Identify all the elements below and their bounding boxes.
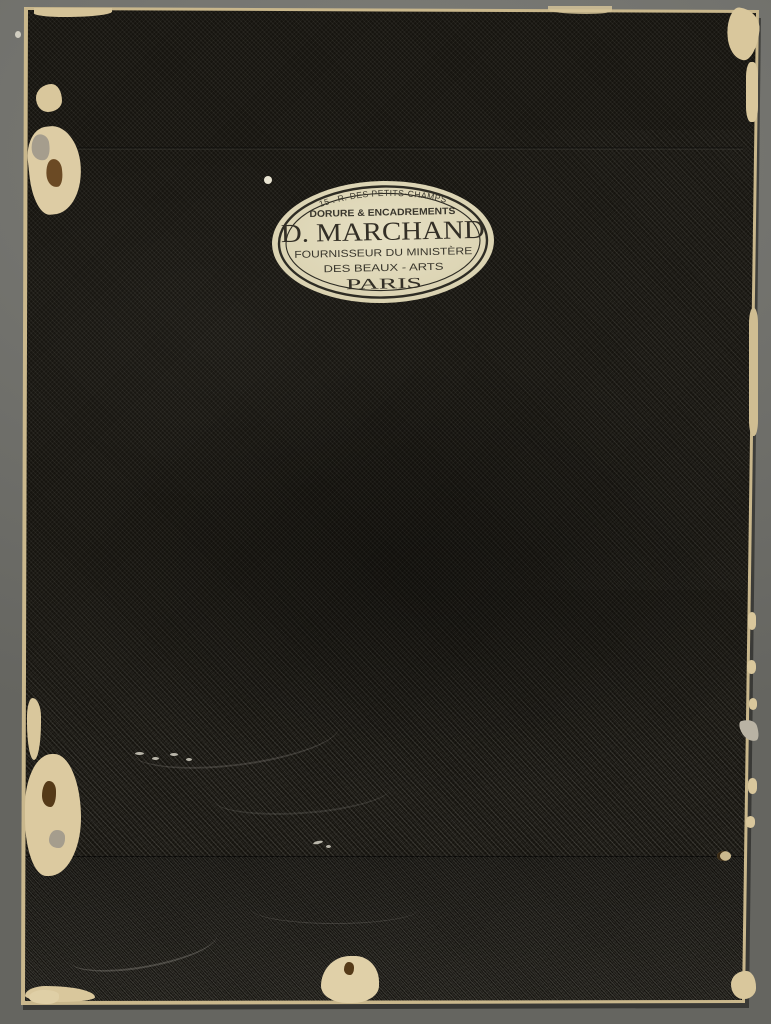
bottom-crease-band — [0, 856, 771, 1003]
edge-wear-bottom-left — [29, 990, 59, 1004]
cloth-wrinkle — [250, 893, 420, 924]
scuff-speck — [135, 752, 144, 755]
edge-wear-bottom-right — [731, 971, 756, 999]
edge-chip-right — [749, 698, 757, 710]
top-crease-line — [55, 147, 743, 150]
wear-fleck — [42, 781, 56, 807]
edge-chip-right — [748, 612, 756, 630]
photograph: 15 . R. DES PETITS·CHAMPS DORURE & ENCAD… — [0, 0, 771, 1024]
edge-chip-right — [747, 660, 756, 674]
edge-chip-right — [748, 778, 757, 794]
scuff-speck — [152, 757, 159, 760]
edge-wear-top-left — [36, 84, 62, 112]
edge-wear-bottom-center — [321, 956, 379, 1003]
edge-chip-right — [746, 62, 758, 122]
scuff-speck — [170, 753, 178, 756]
label-city: PARIS — [346, 276, 422, 294]
scuff-speck — [326, 845, 331, 848]
backdrop-speck — [15, 31, 21, 38]
edge-chip-right — [746, 816, 755, 828]
wear-fleck — [344, 962, 354, 975]
scuff-speck — [186, 758, 192, 761]
edge-wear-right — [749, 308, 758, 436]
worm-hole — [717, 851, 731, 861]
wear-fleck — [45, 159, 64, 189]
label-name: D. MARCHAND — [280, 215, 485, 248]
wear-fleck — [49, 830, 65, 848]
portfolio-cover — [0, 0, 771, 1024]
supplier-label-art: 15 . R. DES PETITS·CHAMPS DORURE & ENCAD… — [270, 178, 497, 307]
supplier-label: 15 . R. DES PETITS·CHAMPS DORURE & ENCAD… — [270, 178, 497, 307]
wear-fleck — [30, 134, 51, 162]
